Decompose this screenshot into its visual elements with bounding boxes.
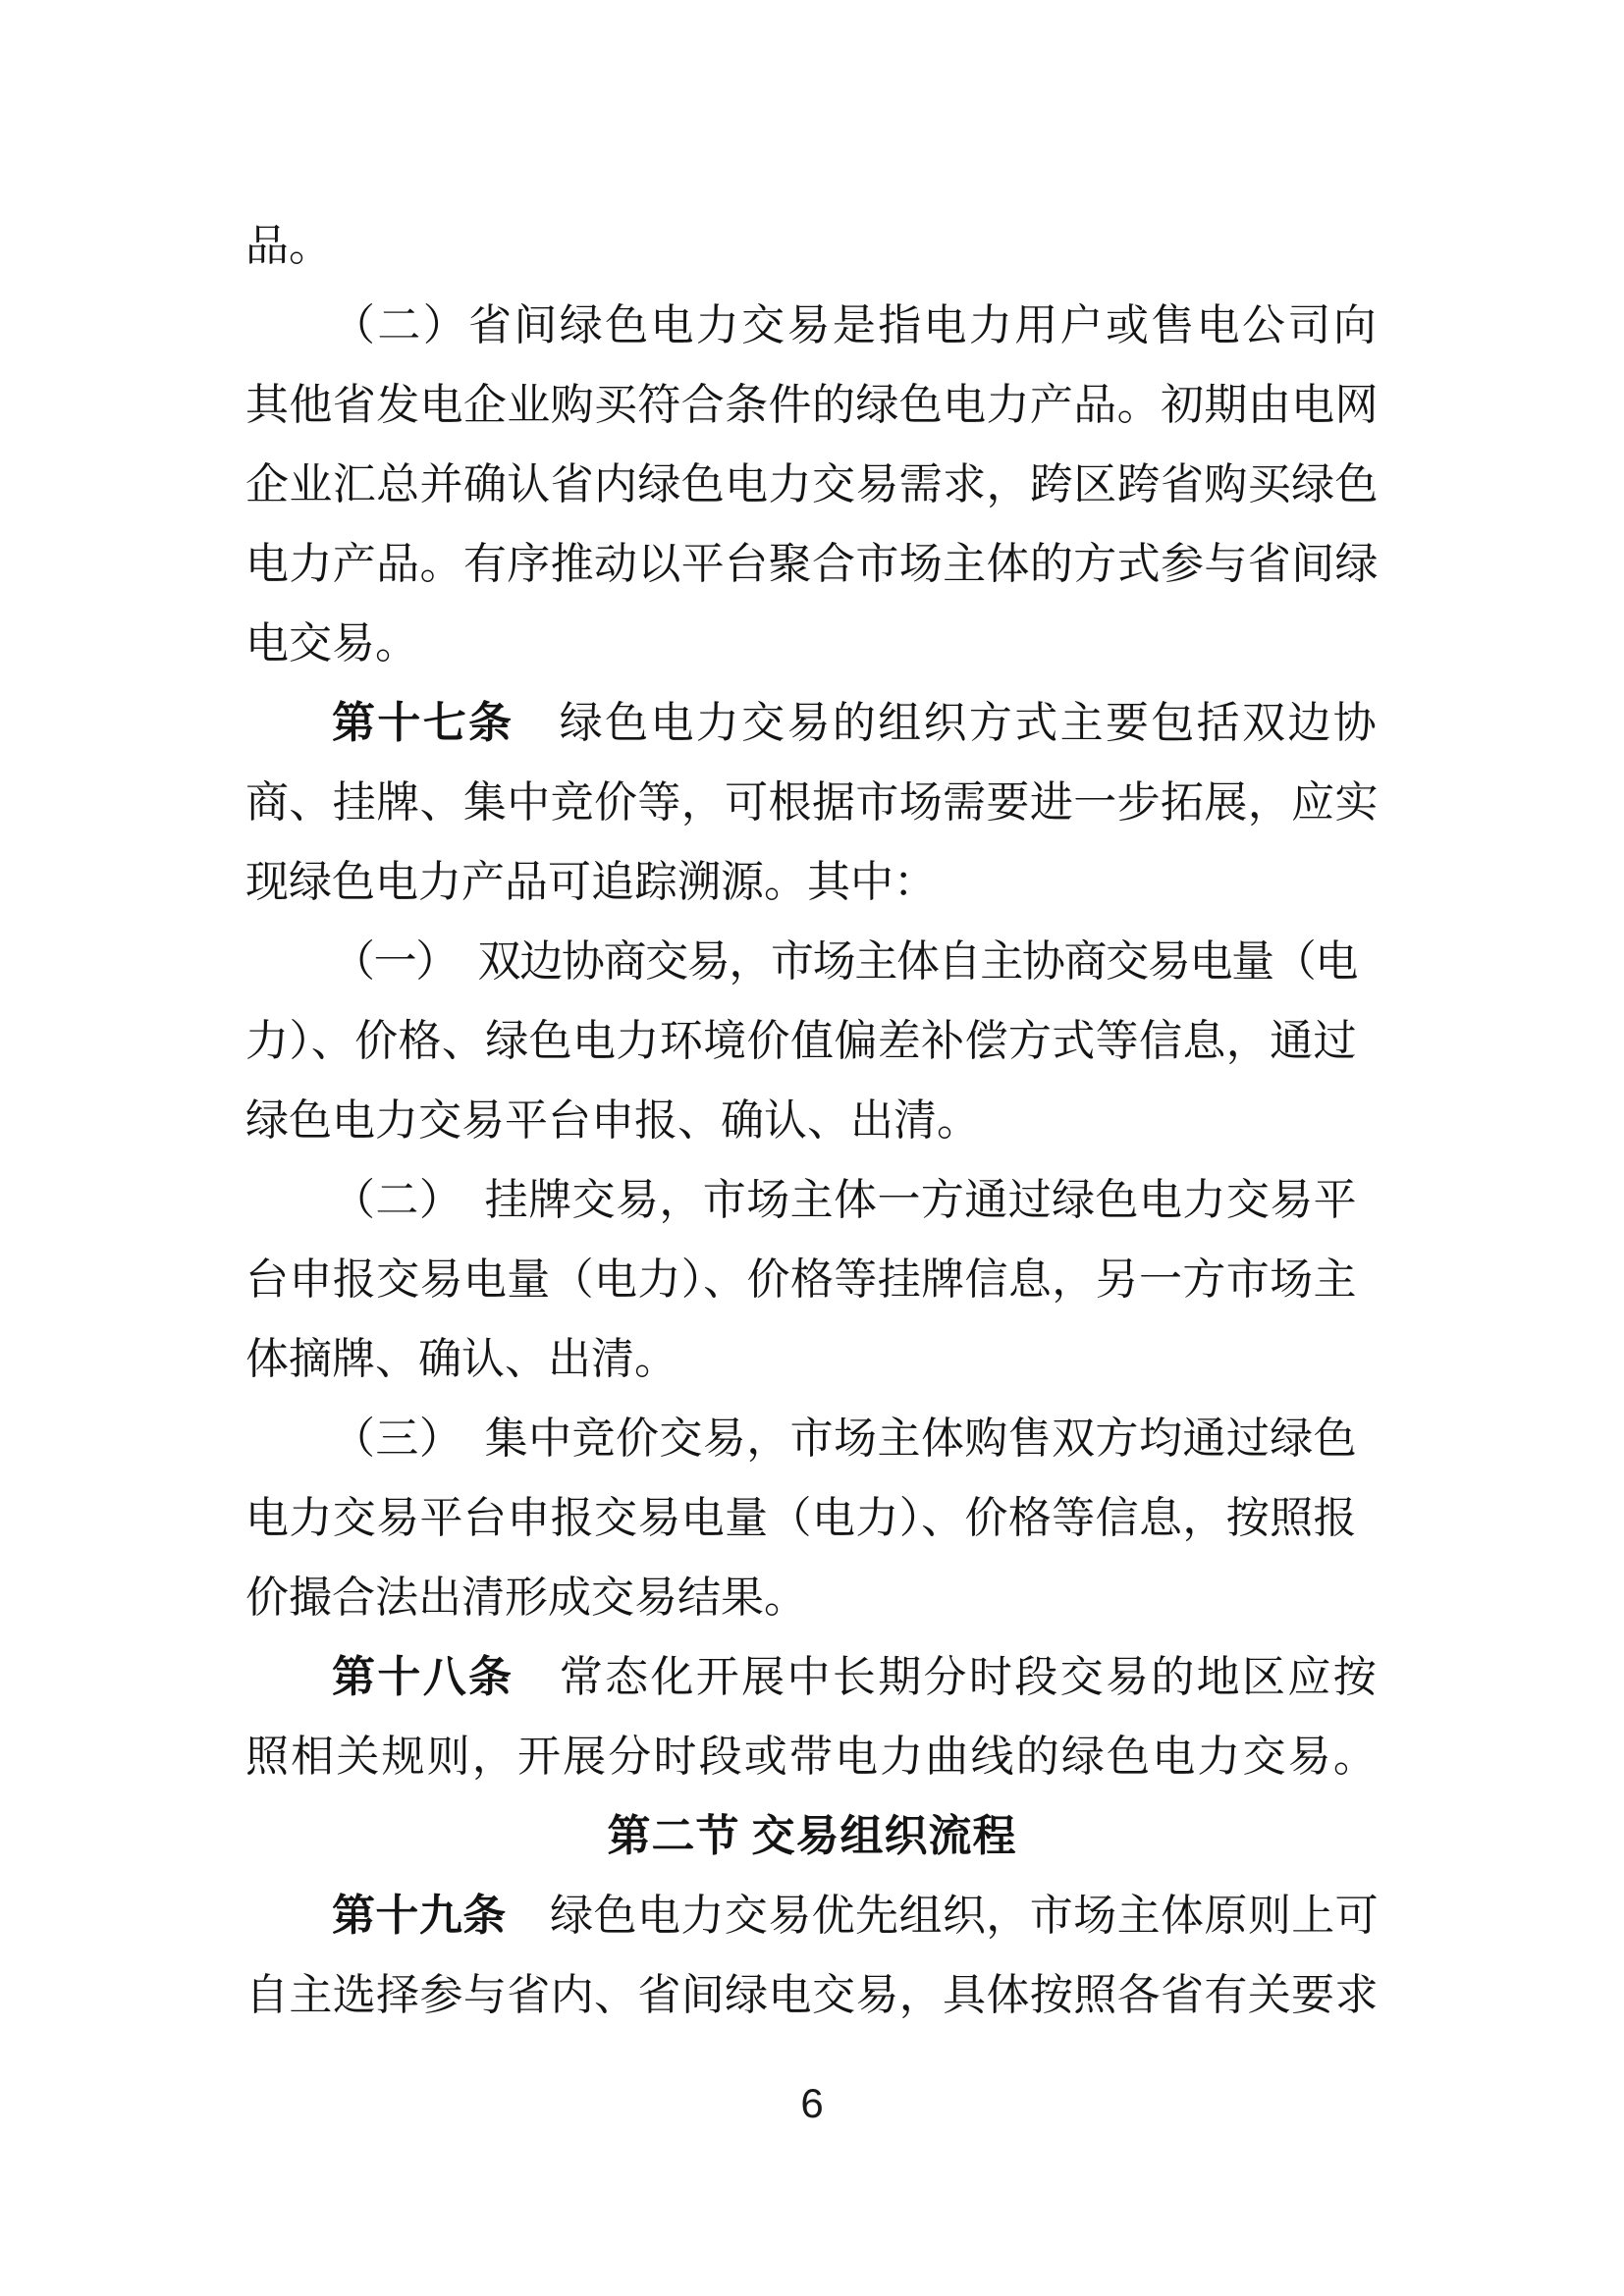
text-segment: （二）省间绿色电力交易是指电力用户或售电公司向 xyxy=(332,301,1379,349)
document-page: 品。（二）省间绿色电力交易是指电力用户或售电公司向其他省发电企业购买符合条件的绿… xyxy=(0,0,1624,2296)
text-segment: 电力交易平台申报交易电量（电力）、价格等信息，按照报 xyxy=(245,1494,1357,1542)
text-line-3: 其他省发电企业购买符合条件的绿色电力产品。初期由电网 xyxy=(245,365,1379,445)
text-segment: 企业汇总并确认省内绿色电力交易需求，跨区跨省购买绿色 xyxy=(245,460,1379,508)
text-line-22: 第十九条 绿色电力交易优先组织，市场主体原则上可 xyxy=(245,1876,1379,1955)
text-line-10: （一） 双边协商交易，市场主体自主协商交易电量（电 xyxy=(245,922,1379,1001)
text-segment: （二） 挂牌交易，市场主体一方通过绿色电力交易平 xyxy=(332,1176,1357,1224)
text-segment: 照相关规则，开展分时段或带电力曲线的绿色电力交易。 xyxy=(245,1733,1379,1781)
text-line-11: 力）、价格、绿色电力环境价值偏差补偿方式等信息，通过 xyxy=(245,1001,1379,1081)
text-line-18: 价撮合法出清形成交易结果。 xyxy=(245,1558,1379,1637)
text-line-8: 商、挂牌、集中竞价等，可根据市场需要进一步拓展，应实 xyxy=(245,763,1379,842)
text-line-14: 台申报交易电量（电力）、价格等挂牌信息，另一方市场主 xyxy=(245,1240,1379,1319)
text-segment: 绿色电力交易平台申报、确认、出清。 xyxy=(245,1096,980,1145)
text-line-7: 第十七条 绿色电力交易的组织方式主要包括双边协 xyxy=(245,683,1379,763)
text-line-21: 第二节 交易组织流程 xyxy=(245,1796,1379,1876)
text-line-5: 电力产品。有序推动以平台聚合市场主体的方式参与省间绿 xyxy=(245,524,1379,604)
page-number: 6 xyxy=(0,2079,1624,2128)
text-line-17: 电力交易平台申报交易电量（电力）、价格等信息，按照报 xyxy=(245,1478,1379,1558)
text-segment: 体摘牌、确认、出清。 xyxy=(245,1335,677,1383)
bold-text-segment: 第十九条 xyxy=(332,1892,507,1940)
text-segment: （三） 集中竞价交易，市场主体购售双方均通过绿色 xyxy=(332,1415,1357,1463)
text-line-4: 企业汇总并确认省内绿色电力交易需求，跨区跨省购买绿色 xyxy=(245,445,1379,524)
text-line-12: 绿色电力交易平台申报、确认、出清。 xyxy=(245,1081,1379,1160)
text-segment: 品。 xyxy=(245,222,332,270)
text-line-23: 自主选择参与省内、省间绿电交易，具体按照各省有关要求 xyxy=(245,1955,1379,2035)
document-text: 品。（二）省间绿色电力交易是指电力用户或售电公司向其他省发电企业购买符合条件的绿… xyxy=(245,206,1379,2035)
bold-text-segment: 第十八条 xyxy=(332,1653,514,1701)
text-segment: 价撮合法出清形成交易结果。 xyxy=(245,1574,807,1622)
text-line-6: 电交易。 xyxy=(245,604,1379,683)
bold-text-segment: 第十七条 xyxy=(332,699,514,747)
text-segment: （一） 双边协商交易，市场主体自主协商交易电量（电 xyxy=(332,937,1357,986)
text-segment: 绿色电力交易的组织方式主要包括双边协 xyxy=(514,699,1379,747)
text-line-13: （二） 挂牌交易，市场主体一方通过绿色电力交易平 xyxy=(245,1160,1379,1240)
text-line-1: 品。 xyxy=(245,206,1379,286)
text-line-2: （二）省间绿色电力交易是指电力用户或售电公司向 xyxy=(245,286,1379,365)
text-segment: 常态化开展中长期分时段交易的地区应按 xyxy=(514,1653,1379,1701)
text-line-19: 第十八条 常态化开展中长期分时段交易的地区应按 xyxy=(245,1637,1379,1717)
text-segment: 台申报交易电量（电力）、价格等挂牌信息，另一方市场主 xyxy=(245,1255,1357,1304)
text-segment: 自主选择参与省内、省间绿电交易，具体按照各省有关要求 xyxy=(245,1971,1379,2019)
text-segment: 现绿色电力产品可追踪溯源。其中： xyxy=(245,858,937,906)
text-line-15: 体摘牌、确认、出清。 xyxy=(245,1319,1379,1399)
text-segment: 商、挂牌、集中竞价等，可根据市场需要进一步拓展，应实 xyxy=(245,778,1379,827)
text-segment: 电交易。 xyxy=(245,619,418,667)
text-line-9: 现绿色电力产品可追踪溯源。其中： xyxy=(245,842,1379,922)
text-line-16: （三） 集中竞价交易，市场主体购售双方均通过绿色 xyxy=(245,1399,1379,1478)
bold-text-segment: 第二节 交易组织流程 xyxy=(608,1812,1017,1860)
text-segment: 绿色电力交易优先组织，市场主体原则上可 xyxy=(507,1892,1379,1940)
text-segment: 力）、价格、绿色电力环境价值偏差补偿方式等信息，通过 xyxy=(245,1017,1357,1065)
text-segment: 电力产品。有序推动以平台聚合市场主体的方式参与省间绿 xyxy=(245,540,1379,588)
text-line-20: 照相关规则，开展分时段或带电力曲线的绿色电力交易。 xyxy=(245,1717,1379,1796)
text-segment: 其他省发电企业购买符合条件的绿色电力产品。初期由电网 xyxy=(245,381,1379,429)
